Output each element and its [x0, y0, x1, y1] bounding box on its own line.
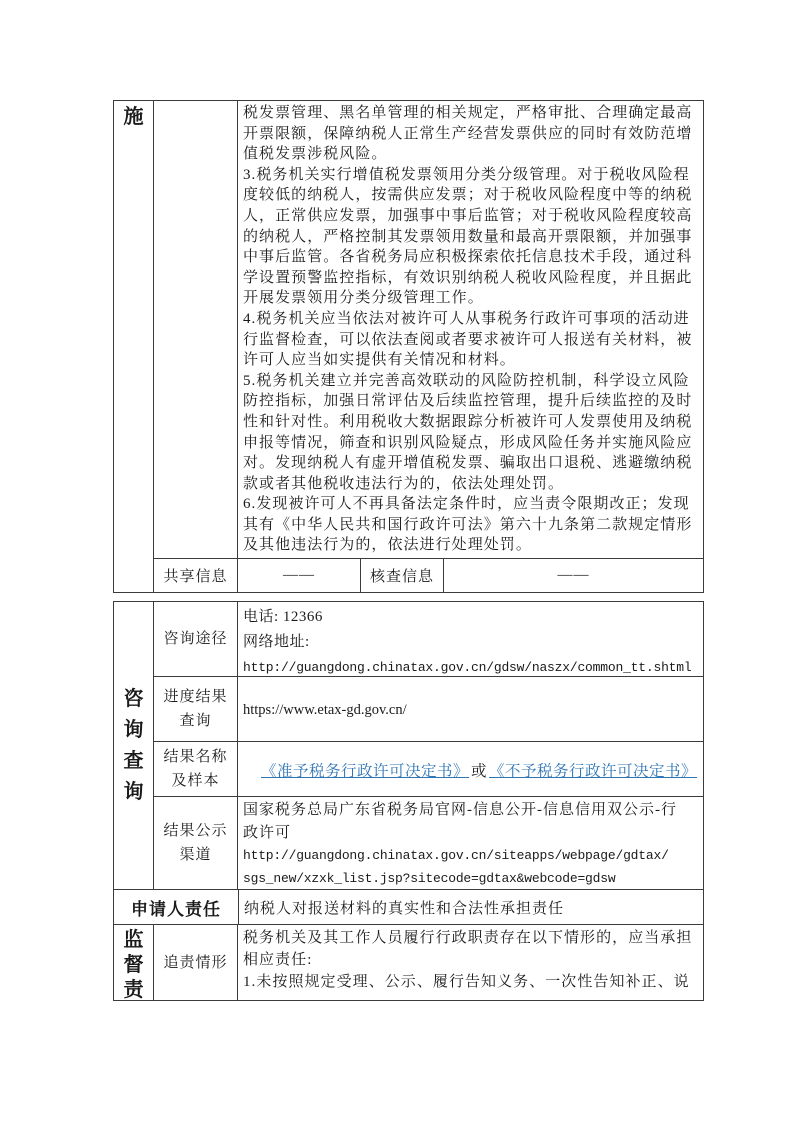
measures-row-header-cell: 施	[114, 101, 154, 592]
consult-query-section: 咨 询 查 询 咨询途径 电话: 12366 网络地址: http://guan…	[114, 602, 703, 890]
measures-body-cell: 税发票管理、黑名单管理的相关规定，严格审批、合理确定最高 开票限额，保障纳税人正…	[238, 101, 703, 558]
result-publish-content: 国家税务总局广东省税务局官网-信息公开-信息信用双公示-行 政许可 http:/…	[238, 797, 703, 889]
progress-query-label: 进度结果 查询	[154, 677, 238, 741]
check-info-value: ——	[444, 559, 703, 592]
supervision-section-header-cell: 监 督 责	[114, 925, 154, 1000]
consult-way-row: 咨询途径 电话: 12366 网络地址: http://guangdong.ch…	[154, 602, 703, 677]
measures-body-row: 税发票管理、黑名单管理的相关规定，严格审批、合理确定最高 开票限额，保障纳税人正…	[154, 101, 703, 559]
consult-section-header-cell: 咨 询 查 询	[114, 602, 154, 889]
publish-channel-url: http://guangdong.chinatax.gov.cn/siteapp…	[243, 844, 699, 889]
grant-decision-link[interactable]: 《准予税务行政许可决定书》	[261, 759, 469, 781]
consult-web-label: 网络地址:	[243, 630, 699, 655]
deny-decision-link[interactable]: 《不予税务行政许可决定书》	[489, 759, 697, 781]
accountability-content-cell: 税务机关及其工作人员履行行政职责存在以下情形的，应当承担 相应责任: 1.未按照…	[238, 925, 703, 1000]
measures-subheader-empty-cell	[154, 101, 238, 558]
consult-way-label: 咨询途径	[154, 602, 238, 676]
document-page: { "colors": { "link": "#2E75B6", "border…	[0, 0, 793, 1122]
shared-check-info-row: 共享信息 —— 核查信息 ——	[154, 559, 703, 592]
result-publish-row: 结果公示 渠道 国家税务总局广东省税务局官网-信息公开-信息信用双公示-行 政许…	[154, 797, 703, 889]
link-connector: 或	[471, 759, 487, 781]
progress-query-content: https://www.etax-gd.gov.cn/	[238, 677, 703, 741]
result-publish-label: 结果公示 渠道	[154, 797, 238, 889]
applicant-duty-label: 申请人责任	[114, 890, 239, 924]
shared-info-label: 共享信息	[154, 559, 238, 592]
progress-query-row: 进度结果 查询 https://www.etax-gd.gov.cn/	[154, 677, 703, 742]
accountability-label: 追责情形	[154, 925, 238, 1000]
supervision-section-header: 监 督 责	[124, 928, 144, 1003]
accountability-text: 税务机关及其工作人员履行行政职责存在以下情形的，应当承担 相应责任: 1.未按照…	[243, 927, 699, 993]
consult-way-content: 电话: 12366 网络地址: http://guangdong.chinata…	[238, 602, 703, 676]
consult-table: 咨 询 查 询 咨询途径 电话: 12366 网络地址: http://guan…	[113, 601, 704, 1001]
applicant-duty-row: 申请人责任 纳税人对报送材料的真实性和合法性承担责任	[114, 890, 703, 925]
consult-phone: 电话: 12366	[243, 605, 699, 630]
measures-table: 施 税发票管理、黑名单管理的相关规定，严格审批、合理确定最高 开票限额，保障纳税…	[113, 100, 704, 593]
result-name-row: 结果名称 及样本 《准予税务行政许可决定书》 或 《不予税务行政许可决定书》	[154, 742, 703, 797]
consult-url: http://guangdong.chinatax.gov.cn/gdsw/na…	[243, 655, 699, 676]
measures-row-header: 施	[124, 105, 144, 592]
measures-body-text: 税发票管理、黑名单管理的相关规定，严格审批、合理确定最高 开票限额，保障纳税人正…	[243, 103, 699, 556]
result-name-label: 结果名称 及样本	[154, 742, 238, 796]
progress-query-url: https://www.etax-gd.gov.cn/	[243, 702, 407, 719]
applicant-duty-value: 纳税人对报送材料的真实性和合法性承担责任	[239, 890, 703, 924]
supervision-section: 监 督 责 追责情形 税务机关及其工作人员履行行政职责存在以下情形的，应当承担 …	[114, 925, 703, 1000]
shared-info-value: ——	[238, 559, 361, 592]
check-info-label: 核查信息	[361, 559, 444, 592]
publish-channel-text: 国家税务总局广东省税务局官网-信息公开-信息信用双公示-行 政许可	[243, 799, 699, 844]
result-name-content: 《准予税务行政许可决定书》 或 《不予税务行政许可决定书》	[238, 742, 703, 796]
consult-section-header: 咨 询 查 询	[124, 684, 144, 808]
